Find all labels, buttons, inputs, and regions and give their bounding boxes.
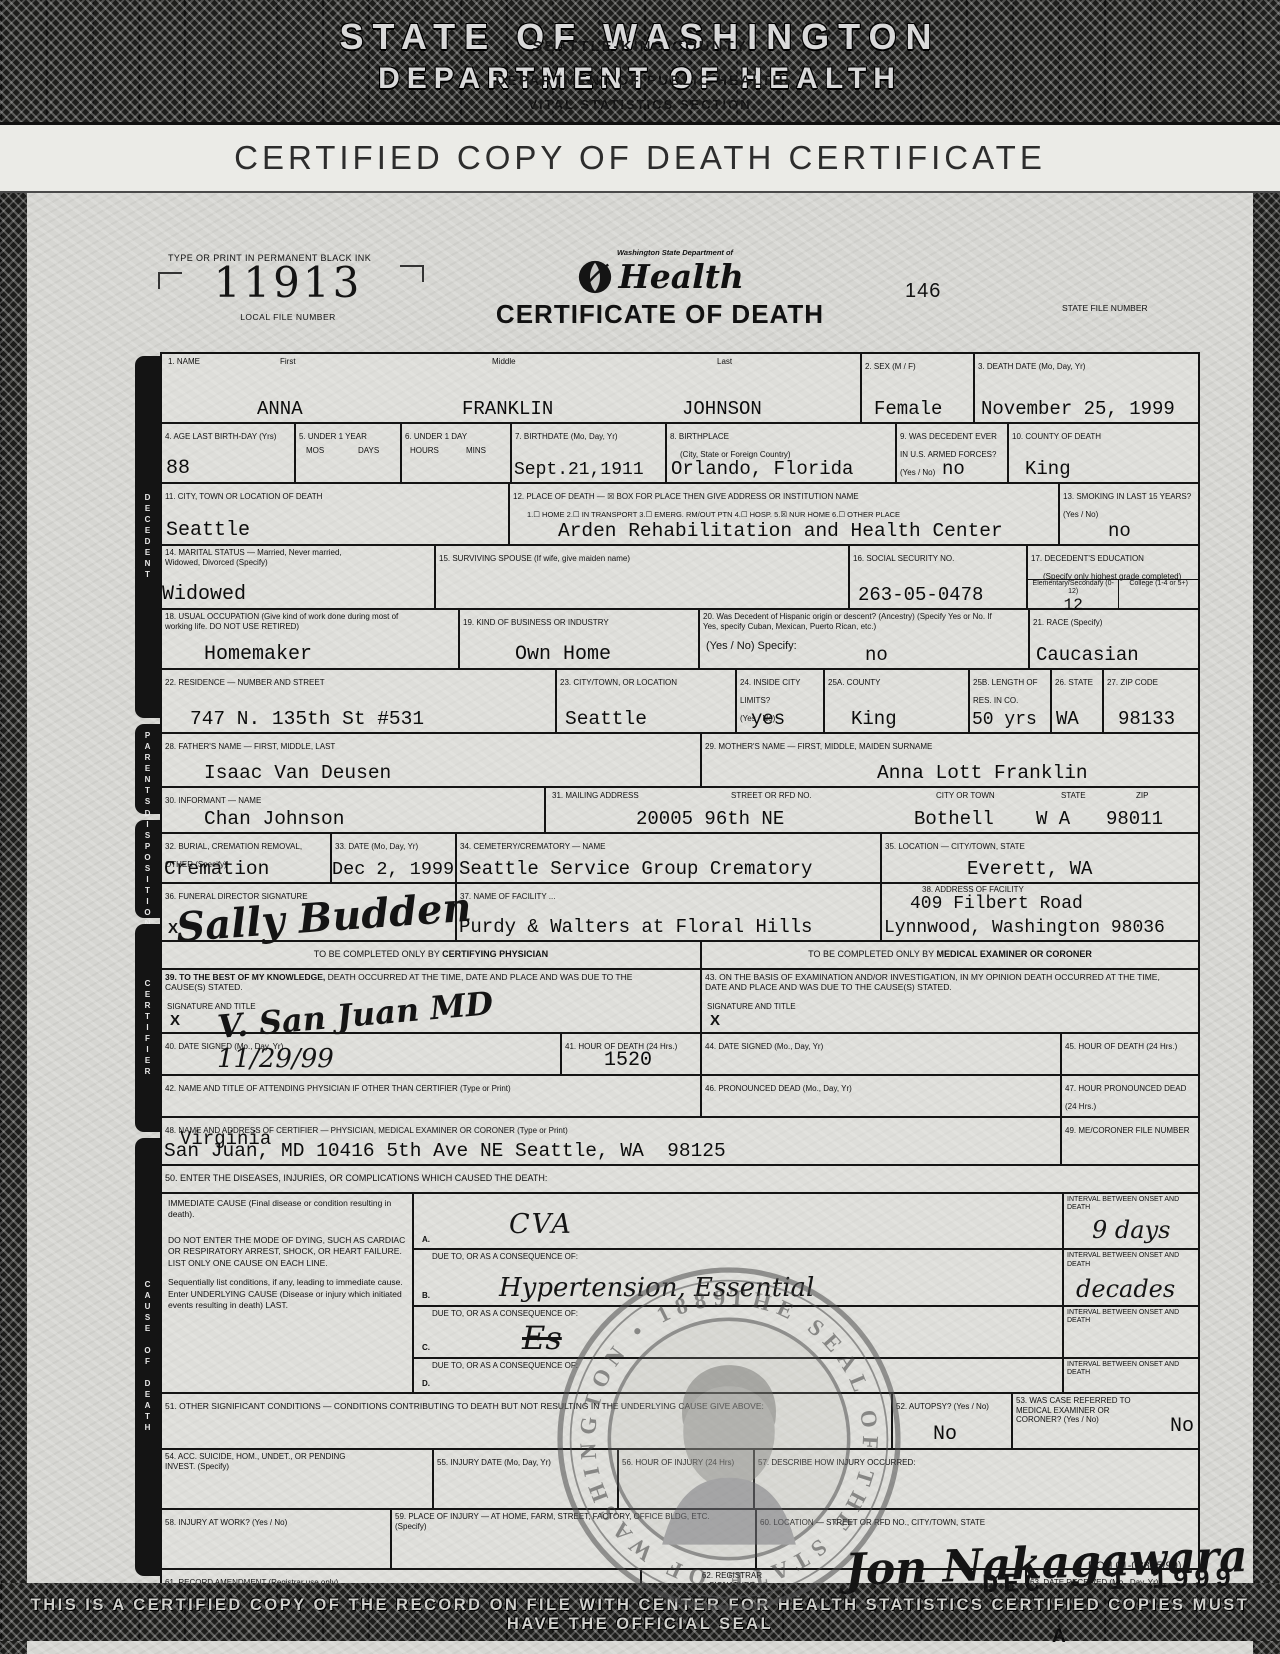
field-smoking: 13. SMOKING IN LAST 15 YEARS? (Yes / No)… [1060,484,1198,544]
certification-strip-text: THIS IS A CERTIFIED COPY OF THE RECORD O… [0,1596,1280,1634]
field-53-referred-to-me: 53. WAS CASE REFERRED TO MEDICAL EXAMINE… [1013,1394,1198,1448]
age-value: 88 [166,457,190,480]
field-crematory-name: 34. CEMETERY/CREMATORY — NAME Seattle Se… [457,834,882,882]
field-inside-city-limits: 24. INSIDE CITY LIMITS? (Yes / No) yes [737,670,825,732]
row-age-birth: 4. AGE LAST BIRTH-DAY (Yrs) 88 5. UNDER … [162,424,1198,484]
ssn-value: 263-05-0478 [858,584,983,606]
field-49-me-file-number: 49. ME/CORONER FILE NUMBER [1062,1118,1198,1164]
field-45-hour-of-death: 45. HOUR OF DEATH (24 Hrs.) [1062,1034,1198,1074]
logo-top-text: Washington State Department of [510,248,840,257]
document-title: CERTIFIED COPY OF DEATH CERTIFICATE [0,139,1280,177]
field-disposition-date: 33. DATE (Mo, Day, Yr) Dec 2, 1999 [332,834,457,882]
banner-overlay-section: VITAL STATISTICS SECTION [0,97,1280,112]
cause-a-interval-value: 9 days [1092,1216,1170,1244]
marital-value: Widowed [162,583,246,606]
local-file-number: 11913 [188,258,388,307]
field-occupation: 18. USUAL OCCUPATION (Give kind of work … [162,610,460,668]
row-cause-block: IMMEDIATE CAUSE (Final disease or condit… [162,1194,1198,1394]
field-52-autopsy: 52. AUTOPSY? (Yes / No) No [893,1394,1013,1448]
footer-letter: A [1052,1626,1066,1648]
title-band: CERTIFIED COPY OF DEATH CERTIFICATE [0,122,1280,193]
field-birthplace: 8. BIRTHPLACE (City, State or Foreign Co… [667,424,897,482]
hispanic-value: no [865,644,888,666]
field-residence-city: 23. CITY/TOWN, OR LOCATION Seattle [557,670,737,732]
field-city-of-death: 11. CITY, TOWN OR LOCATION OF DEATH Seat… [162,484,510,544]
city-limits-value: yes [751,708,785,730]
place-of-death-value: Arden Rehabilitation and Health Center [558,520,1003,542]
name-first-value: ANNA [257,398,303,420]
row-place-of-death: 11. CITY, TOWN OR LOCATION OF DEATH Seat… [162,484,1198,546]
field-race: 21. RACE (Specify) Caucasian [1030,610,1198,668]
row-disposition: 32. BURIAL, CREMATION REMOVAL, OTHER (Sp… [162,834,1198,884]
field-58-injury-at-work: 58. INJURY AT WORK? (Yes / No) [162,1510,392,1568]
section-bar-parents: PARENTS [135,724,160,814]
education-elementary: Elementary/Secondary (0-12) 12 [1028,580,1119,608]
local-file-label: LOCAL FILE NUMBER [188,312,388,322]
father-name-value: Isaac Van Deusen [204,762,391,784]
row-certifier-name: 48. NAME AND ADDRESS OF CERTIFIER — PHYS… [162,1118,1198,1166]
field-age: 4. AGE LAST BIRTH-DAY (Yrs) 88 [162,424,296,482]
field-59-place-of-injury: 59. PLACE OF INJURY — AT HOME, FARM, STR… [392,1510,757,1568]
field-39-statement: 39. TO THE BEST OF MY KNOWLEDGE, DEATH O… [162,970,702,1032]
bracket-right [400,265,424,282]
certificate-of-death-title: CERTIFICATE OF DEATH [480,299,840,330]
field-burial-cremation: 32. BURIAL, CREMATION REMOVAL, OTHER (Sp… [162,834,332,882]
field-armed-forces: 9. WAS DECEDENT EVER IN U.S. ARMED FORCE… [897,424,1009,482]
smoking-value: no [1108,520,1131,542]
field-55-injury-date: 55. INJURY DATE (Mo, Day, Yr) [434,1450,619,1508]
cause-b-interval-value: decades [1076,1275,1175,1303]
cause-b-value: Hypertension, Essential [499,1273,814,1303]
banner-overlay-dept: DEPARTMENT OF PUBLIC HEALTH [0,72,1280,88]
field-facility-name: 37. NAME OF FACILITY ... Purdy & Walters… [457,884,882,940]
state-file-label: STATE FILE NUMBER [1062,303,1148,313]
row-parents: 28. FATHER'S NAME — FIRST, MIDDLE, LAST … [162,734,1198,788]
cause-c-value: Es [522,1319,562,1357]
certifier-name-line2: San Juan, MD 10416 5th Ave NE Seattle, W… [164,1140,726,1162]
field-facility-address: 38. ADDRESS OF FACILITY 409 Filbert Road… [882,884,1198,940]
education-college: College (1-4 or 5+) [1119,580,1198,608]
residence-state-value: WA [1056,708,1079,730]
mailing-zip-value: 98011 [1106,808,1163,830]
bracket-left [158,272,182,289]
left-border-pattern [0,0,27,1654]
field-length-of-residence: 25B. LENGTH OF RES. IN CO. 50 yrs [970,670,1052,732]
state-file-number: 146 [905,280,941,303]
field-sex: 2. SEX (M / F) Female [862,354,975,422]
cause-d-interval: INTERVAL BETWEEN ONSET AND DEATH [1062,1359,1198,1392]
residence-street-value: 747 N. 135th St #531 [190,708,424,730]
field-death-date: 3. DEATH DATE (Mo, Day, Yr) November 25,… [975,354,1198,422]
field-mailing-address: 31. MAILING ADDRESS STREET OR RFD NO. CI… [546,788,1198,832]
facility-address-line1: 409 Filbert Road [910,894,1083,914]
field-54-manner: 54. ACC. SUICIDE, HOM., UNDET., OR PENDI… [162,1450,434,1508]
field-birthdate: 7. BIRTHDATE (Mo, Day, Yr) Sept.21,1911 [512,424,667,482]
field-57-how-injury-occurred: 57. DESCRIBE HOW INJURY OCCURRED: [755,1450,1198,1508]
right-border-pattern [1253,0,1280,1654]
field-48-certifier: 48. NAME AND ADDRESS OF CERTIFIER — PHYS… [162,1118,1062,1164]
hour-of-death-value: 1520 [604,1049,652,1072]
field-41-hour-of-death: 41. HOUR OF DEATH (24 Hrs.) 1520 [562,1034,702,1074]
field-under-1-day: 6. UNDER 1 DAY HOURS MINS [402,424,512,482]
row-certifier-headers: TO BE COMPLETED ONLY BY CERTIFYING PHYSI… [162,942,1198,970]
facility-address-line2: Lynnwood, Washington 98036 [884,918,1165,938]
health-leaf-icon [576,258,614,296]
field-hispanic-origin: 20. Was Decedent of Hispanic origin or d… [700,610,1030,668]
city-of-death-value: Seattle [166,519,250,542]
field-zip: 27. ZIP CODE 98133 [1104,670,1198,732]
field-50-header: 50. ENTER THE DISEASES, INJURIES, OR COM… [162,1166,1198,1192]
referred-to-me-value: No [1170,1415,1194,1438]
sex-value: Female [874,398,942,420]
section-bar-disposition: DISPOSITION [135,820,160,918]
mother-name-value: Anna Lott Franklin [877,762,1088,784]
field-funeral-director-signature: 36. FUNERAL DIRECTOR SIGNATURE X Sally B… [162,884,457,940]
name-last-value: JOHNSON [682,398,762,420]
section-bar-certifier: CERTIFIER [135,924,160,1132]
cause-instructions: IMMEDIATE CAUSE (Final disease or condit… [162,1194,414,1392]
field-42-attending-physician: 42. NAME AND TITLE OF ATTENDING PHYSICIA… [162,1076,702,1116]
doh-logo: Washington State Department of Health CE… [480,248,840,330]
field-56-hour-of-injury: 56. HOUR OF INJURY (24 Hrs) [619,1450,755,1508]
cause-line-c: DUE TO, OR AS A CONSEQUENCE OF: C. Es IN… [414,1307,1198,1359]
field-county-of-death: 10. COUNTY OF DEATH King [1009,424,1198,482]
residence-county-value: King [851,708,897,730]
field-46-pronounced-dead: 46. PRONOUNCED DEAD (Mo., Day, Yr) [702,1076,1062,1116]
section-bar-decedent: DECEDENT [135,356,160,718]
field-industry: 19. KIND OF BUSINESS OR INDUSTRY Own Hom… [460,610,700,668]
field-father-name: 28. FATHER'S NAME — FIRST, MIDDLE, LAST … [162,734,702,786]
row-informant: 30. INFORMANT — NAME Chan Johnson 31. MA… [162,788,1198,834]
cause-lines: A. CVA INTERVAL BETWEEN ONSET AND DEATH … [414,1194,1198,1392]
birthdate-value: Sept.21,1911 [514,460,644,480]
armed-forces-value: no [942,458,965,480]
field-ssn: 16. SOCIAL SECURITY NO. 263-05-0478 [850,546,1028,608]
field-under-1-year: 5. UNDER 1 YEAR MOS DAYS [296,424,402,482]
row-attending-physician: 42. NAME AND TITLE OF ATTENDING PHYSICIA… [162,1076,1198,1118]
mailing-street-value: 20005 96th NE [636,808,784,830]
banner-overlay-county: SEATTLE-KING COUNTY [0,38,1280,55]
cause-c-interval: INTERVAL BETWEEN ONSET AND DEATH [1062,1307,1198,1357]
row-injury-1: 54. ACC. SUICIDE, HOM., UNDET., OR PENDI… [162,1450,1198,1510]
cause-line-a: A. CVA INTERVAL BETWEEN ONSET AND DEATH … [414,1194,1198,1250]
informant-value: Chan Johnson [204,808,344,830]
field-43-statement: 43. ON THE BASIS OF EXAMINATION AND/OR I… [702,970,1198,1032]
death-certificate-page: STATE OF WASHINGTON SEATTLE-KING COUNTY … [0,0,1280,1654]
field-residence-street: 22. RESIDENCE — NUMBER AND STREET 747 N.… [162,670,557,732]
header-medical-examiner: TO BE COMPLETED ONLY BY MEDICAL EXAMINER… [702,942,1198,968]
logo-health-text: Health [619,257,744,296]
length-of-residence-value: 50 yrs [972,710,1037,730]
row-name: 1. NAME First Middle Last ANNA FRANKLIN … [162,354,1198,424]
row-residence: 22. RESIDENCE — NUMBER AND STREET 747 N.… [162,670,1198,734]
disposition-location-value: Everett, WA [967,858,1092,880]
row-marital-ssn: 14. MARITAL STATUS — Married, Never marr… [162,546,1198,610]
residence-city-value: Seattle [565,708,647,730]
mailing-state-value: W A [1036,808,1070,830]
row-date-signed: 40. DATE SIGNED (Mo., Day, Yr) 11/29/99 … [162,1034,1198,1076]
county-of-death-value: King [1025,458,1071,480]
place-of-death-checkboxes: 1.☐ HOME 2.☐ IN TRANSPORT 3.☐ EMERG. RM/… [527,510,900,519]
burial-value: Cremation [164,858,269,880]
row-occupation: 18. USUAL OCCUPATION (Give kind of work … [162,610,1198,670]
field-residence-state: 26. STATE WA [1052,670,1104,732]
date-signed-value: 11/29/99 [217,1044,334,1074]
field-47-hour-pronounced: 47. HOUR PRONOUNCED DEAD (24 Hrs.) [1062,1076,1198,1116]
facility-name-value: Purdy & Walters at Floral Hills [459,916,812,938]
field-disposition-location: 35. LOCATION — CITY/TOWN, STATE Everett,… [882,834,1198,882]
row-cause-header: 50. ENTER THE DISEASES, INJURIES, OR COM… [162,1166,1198,1194]
field-marital-status: 14. MARITAL STATUS — Married, Never marr… [162,546,436,608]
field-education: 17. DECEDENT'S EDUCATION (Specify only h… [1028,546,1198,608]
cause-line-b: DUE TO, OR AS A CONSEQUENCE OF: B. Hyper… [414,1250,1198,1306]
cause-line-d: DUE TO, OR AS A CONSEQUENCE OF: D. INTER… [414,1359,1198,1392]
cause-a-value: CVA [509,1209,573,1240]
race-value: Caucasian [1036,644,1139,666]
row-funeral-director: 36. FUNERAL DIRECTOR SIGNATURE X Sally B… [162,884,1198,942]
field-informant: 30. INFORMANT — NAME Chan Johnson [162,788,546,832]
field-name: 1. NAME First Middle Last ANNA FRANKLIN … [162,354,862,422]
industry-value: Own Home [515,643,611,666]
top-border-pattern: STATE OF WASHINGTON SEATTLE-KING COUNTY … [0,0,1280,122]
occupation-value: Homemaker [204,643,312,666]
death-date-value: November 25, 1999 [981,398,1175,420]
row-other-conditions: 51. OTHER SIGNIFICANT CONDITIONS — CONDI… [162,1394,1198,1450]
field-44-date-signed: 44. DATE SIGNED (Mo., Day, Yr) [702,1034,1062,1074]
field-surviving-spouse: 15. SURVIVING SPOUSE (If wife, give maid… [436,546,850,608]
field-place-of-death: 12. PLACE OF DEATH — ☒ BOX FOR PLACE THE… [510,484,1060,544]
disposition-date-value: Dec 2, 1999 [332,859,454,880]
zip-value: 98133 [1118,708,1175,730]
row-certifier-statements: 39. TO THE BEST OF MY KNOWLEDGE, DEATH O… [162,970,1198,1034]
field-residence-county: 25A. COUNTY King [825,670,970,732]
cause-b-interval: INTERVAL BETWEEN ONSET AND DEATH decades [1062,1250,1198,1304]
mailing-city-value: Bothell [914,808,994,830]
cause-a-interval: INTERVAL BETWEEN ONSET AND DEATH 9 days [1062,1194,1198,1248]
birthplace-value: Orlando, Florida [671,458,853,480]
name-middle-value: FRANKLIN [462,398,553,420]
certificate-form: DECEDENT PARENTS DISPOSITION CERTIFIER C… [160,352,1200,1622]
section-bar-cause-of-death: CAUSE OF DEATH [135,1138,160,1576]
field-mother-name: 29. MOTHER'S NAME — FIRST, MIDDLE, MAIDE… [702,734,1198,786]
crematory-value: Seattle Service Group Crematory [459,858,812,880]
field-51-other-conditions: 51. OTHER SIGNIFICANT CONDITIONS — CONDI… [162,1394,893,1448]
autopsy-value: No [933,1423,957,1446]
